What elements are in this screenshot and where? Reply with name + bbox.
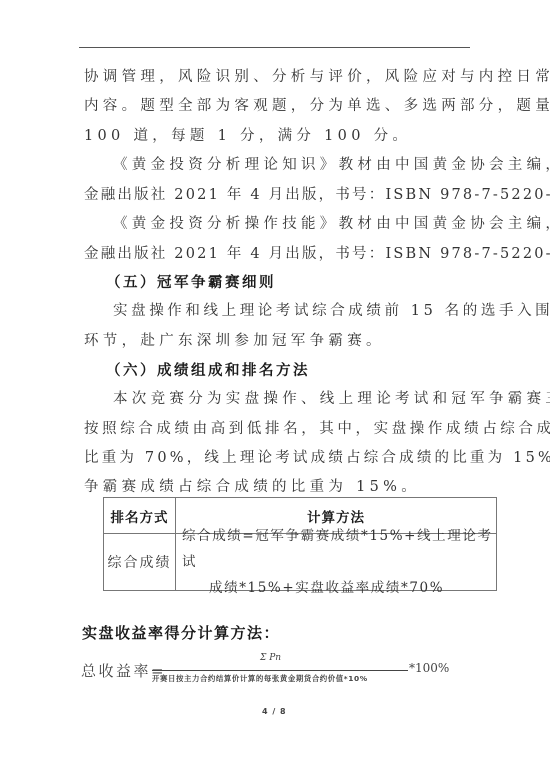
calc-section-title: 实盘收益率得分计算方法： — [82, 622, 280, 643]
formula-line-2: 成绩*15%+实盘收益率成绩*70% — [182, 575, 444, 601]
paragraph-line: 环节，赴广东深圳参加冠军争霸赛。 — [84, 327, 474, 356]
paragraph-line: 内容。题型全部为客观题，分为单选、多选两部分，题量合计为 — [84, 92, 474, 121]
header-ranking-method: 排名方式 — [104, 498, 175, 533]
section-heading-six: （六）成绩组成和排名方法 — [106, 356, 496, 385]
paragraph-line: 《黄金投资分析操作技能》教材由中国黄金协会主编，中国 — [113, 210, 473, 239]
ranking-table: 排名方式 计算方法 综合成绩 综合成绩=冠军争霸赛成绩*15%+线上理论考试 成… — [103, 497, 497, 591]
cell-formula: 综合成绩=冠军争霸赛成绩*15%+线上理论考试 成绩*15%+实盘收益率成绩*7… — [176, 533, 496, 590]
formula-line-1: 综合成绩=冠军争霸赛成绩*15%+线上理论考试 — [182, 523, 496, 575]
paragraph-line: 金融出版社 2021 年 4 月出版，书号：ISBN 978-7-5220-10… — [84, 181, 474, 210]
paragraph-line: 按照综合成绩由高到低排名，其中，实盘操作成绩占综合成绩的 — [84, 415, 474, 444]
formula-numerator: Σ Pn — [260, 653, 281, 663]
paragraph-line: 实盘操作和线上理论考试综合成绩前 15 名的选手入围决赛 — [113, 297, 473, 326]
formula-multiplier: *100% — [409, 661, 449, 675]
page-number: 4 / 8 — [262, 707, 287, 716]
header-rule — [79, 47, 470, 48]
fraction-bar — [152, 670, 408, 671]
paragraph-line: 比重为 70%，线上理论考试成绩占综合成绩的比重为 15%，冠军 — [84, 444, 474, 473]
paragraph-line: 金融出版社 2021 年 4 月出版，书号：ISBN 978-7-5220-10… — [84, 240, 474, 269]
paragraph-line: 本次竞赛分为实盘操作、线上理论考试和冠军争霸赛三轮， — [113, 385, 473, 414]
table-row: 综合成绩 综合成绩=冠军争霸赛成绩*15%+线上理论考试 成绩*15%+实盘收益… — [104, 533, 496, 590]
paragraph-line: 《黄金投资分析理论知识》教材由中国黄金协会主编，中国 — [113, 151, 473, 180]
cell-method: 综合成绩 — [104, 533, 175, 590]
formula-denominator: 开赛日按主力合约结算价计算的每张黄金期货合约价值*10% — [152, 673, 412, 684]
paragraph-line: 协调管理，风险识别、分析与评价，风险应对与内控日常监督等 — [84, 63, 474, 92]
paragraph-line: 100 道，每题 1 分，满分 100 分。 — [84, 122, 474, 151]
section-heading-five: （五）冠军争霸赛细则 — [106, 268, 496, 297]
